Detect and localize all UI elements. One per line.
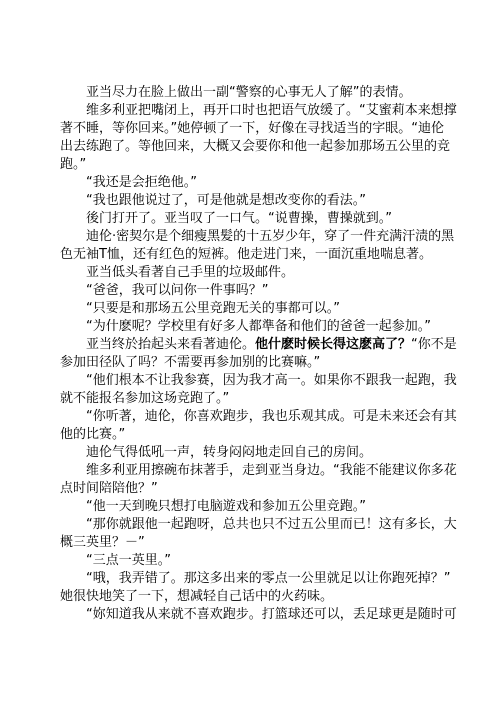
text-run: “你不是 — [411, 337, 457, 352]
text-run: 亚当低头看著自己手里的垃圾邮件。 — [86, 265, 294, 280]
text-line: “我还是会拒绝他。” — [60, 174, 448, 192]
text-line: 参加田径队了吗？不需要再参加别的比赛嘛。” — [60, 354, 448, 372]
text-line: “妳知道我从来就不喜欢跑步。打篮球还可以，丢足球更是随时可 — [60, 606, 448, 624]
text-line: 他的比赛。” — [60, 426, 448, 444]
text-run: 迪伦·密契尔是个细瘦黑髪的十五岁少年，穿了一件充满汗渍的黑 — [86, 229, 454, 244]
text-run: “那你就跟他一起跑呀，总共也只不过五公里而已！这有多长，大 — [86, 517, 457, 532]
text-run: 迪伦气得低吼一声，转身闷闷地走回自己的房间。 — [86, 445, 372, 460]
text-line: “爸爸，我可以问你一件事吗？” — [60, 282, 448, 300]
text-run: “我还是会拒绝他。” — [86, 175, 197, 190]
text-run: “我也跟他说过了，可是他就是想改变你的看法。” — [86, 193, 366, 208]
text-line: 维多利亚用擦碗布抹著手，走到亚当身边。“我能不能建议你多花 — [60, 462, 448, 480]
text-line: 维多利亚把嘴闭上，再开口时也把语气放缓了。“艾蜜莉本来想撑 — [60, 102, 448, 120]
text-run: “只要是和那场五公里竞跑无关的事都可以。” — [86, 301, 340, 316]
text-run: 维多利亚把嘴闭上，再开口时也把语气放缓了。“艾蜜莉本来想撑 — [86, 103, 457, 118]
text-line: 迪伦·密契尔是个细瘦黑髪的十五岁少年，穿了一件充满汗渍的黑 — [60, 228, 448, 246]
text-run: “你听著，迪伦，你喜欢跑步，我也乐观其成。可是未来还会有其 — [86, 409, 457, 424]
text-line: “为什麽呢？学校里有好多人都準备和他们的爸爸一起参加。” — [60, 318, 448, 336]
text-line: 概三英里？－” — [60, 534, 448, 552]
text-run: 他的比赛。” — [60, 427, 125, 442]
text-run: 概三英里？－” — [60, 535, 145, 550]
text-run: “妳知道我从来就不喜欢跑步。打篮球还可以，丢足球更是随时可 — [86, 607, 457, 622]
text-line: “我也跟他说过了，可是他就是想改变你的看法。” — [60, 192, 448, 210]
text-line: 她很快地笑了一下，想减轻自己话中的火药味。 — [60, 588, 448, 606]
text-run: “爸爸，我可以问你一件事吗？” — [86, 283, 268, 298]
text-line: 就不能报名参加这场竞跑了。” — [60, 390, 448, 408]
page: 亚当尽力在脸上做出一副“警察的心事无人了解”的表情。维多利亚把嘴闭上，再开口时也… — [0, 0, 501, 711]
text-line: “他一天到晚只想打电脑遊戏和参加五公里竞跑。” — [60, 498, 448, 516]
text-line: 後门打开了。亚当叹了一口气。“说曹操，曹操就到。” — [60, 210, 448, 228]
text-line: “三点一英里。” — [60, 552, 448, 570]
text-run: 著不睡，等你回来。”她停顿了一下，好像在寻找适当的字眼。“迪伦 — [60, 121, 444, 136]
text-run: 维多利亚用擦碗布抹著手，走到亚当身边。“我能不能建议你多花 — [86, 463, 457, 478]
text-run: “三点一英里。” — [86, 553, 171, 568]
text-line: 著不睡，等你回来。”她停顿了一下，好像在寻找适当的字眼。“迪伦 — [60, 120, 448, 138]
text-run: 亚当尽力在脸上做出一副“警察的心事无人了解”的表情。 — [86, 85, 411, 100]
text-run: 後门打开了。亚当叹了一口气。“说曹操，曹操就到。” — [86, 211, 392, 226]
text-run: 出去练跑了。等他回来，大概又会要你和他一起参加那场五公里的竞 — [60, 139, 450, 154]
text-run: 亚当终於抬起头来看著迪伦。 — [86, 337, 255, 352]
text-line: “哦，我弄错了。那这多出来的零点一公里就足以让你跑死掉？” — [60, 570, 448, 588]
novel-text-block: 亚当尽力在脸上做出一副“警察的心事无人了解”的表情。维多利亚把嘴闭上，再开口时也… — [60, 84, 448, 624]
text-run: “他们根本不让我参赛，因为我才高一。如果你不跟我一起跑，我 — [86, 373, 457, 388]
text-run: “为什麽呢？学校里有好多人都準备和他们的爸爸一起参加。” — [86, 319, 431, 334]
bold-text-run: 他什麽时候长得这麽高了？ — [255, 337, 411, 352]
text-run: 参加田径队了吗？不需要再参加别的比赛嘛。” — [60, 355, 320, 370]
text-run: “哦，我弄错了。那这多出来的零点一公里就足以让你跑死掉？” — [86, 571, 450, 586]
text-line: 色无袖T恤，还有红色的短裤。他走进门来，一面沉重地喘息著。 — [60, 246, 448, 264]
text-run: 点时间陪陪他？” — [60, 481, 158, 496]
text-line: “他们根本不让我参赛，因为我才高一。如果你不跟我一起跑，我 — [60, 372, 448, 390]
text-run: 就不能报名参加这场竞跑了。” — [60, 391, 229, 406]
text-run: 跑。” — [60, 157, 86, 172]
text-line: 亚当低头看著自己手里的垃圾邮件。 — [60, 264, 448, 282]
text-line: 亚当尽力在脸上做出一副“警察的心事无人了解”的表情。 — [60, 84, 448, 102]
text-run: “他一天到晚只想打电脑遊戏和参加五公里竞跑。” — [86, 499, 366, 514]
text-line: 点时间陪陪他？” — [60, 480, 448, 498]
text-run: 色无袖T恤，还有红色的短裤。他走进门来，一面沉重地喘息著。 — [60, 247, 432, 262]
text-line: 出去练跑了。等他回来，大概又会要你和他一起参加那场五公里的竞 — [60, 138, 448, 156]
text-line: 跑。” — [60, 156, 448, 174]
text-run: 她很快地笑了一下，想减轻自己话中的火药味。 — [60, 589, 333, 604]
text-line: “那你就跟他一起跑呀，总共也只不过五公里而已！这有多长，大 — [60, 516, 448, 534]
text-line: “只要是和那场五公里竞跑无关的事都可以。” — [60, 300, 448, 318]
text-line: “你听著，迪伦，你喜欢跑步，我也乐观其成。可是未来还会有其 — [60, 408, 448, 426]
text-line: 迪伦气得低吼一声，转身闷闷地走回自己的房间。 — [60, 444, 448, 462]
text-line: 亚当终於抬起头来看著迪伦。他什麽时候长得这麽高了？“你不是 — [60, 336, 448, 354]
